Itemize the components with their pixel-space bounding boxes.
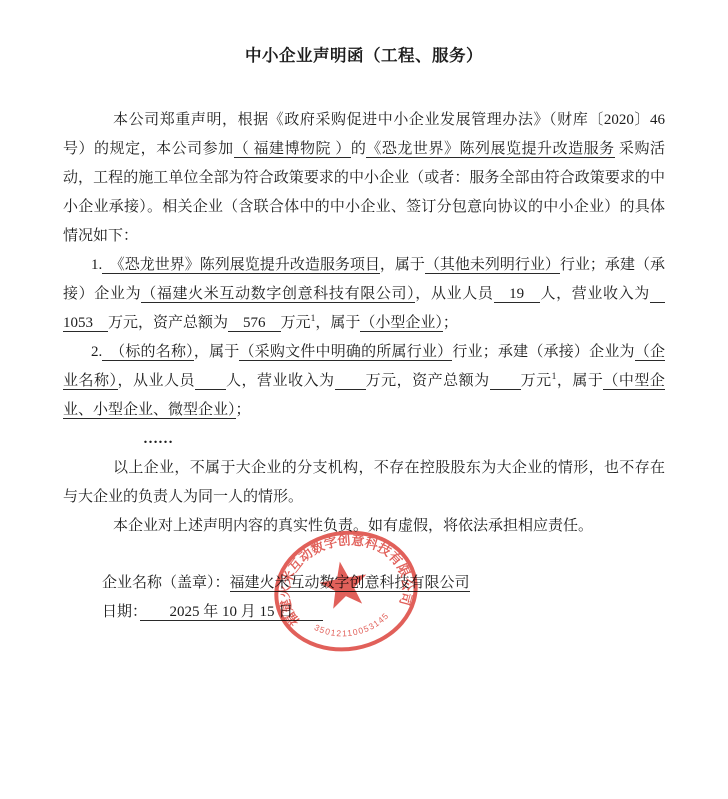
text-run: 万元 xyxy=(281,315,311,331)
text-run: 人，营业收入为 xyxy=(226,373,335,389)
declaration-document-page: 中小企业声明函（工程、服务） 本公司郑重声明，根据《政府采购促进中小企业发展管理… xyxy=(0,0,728,799)
document-content: 中小企业声明函（工程、服务） 本公司郑重声明，根据《政府采购促进中小企业发展管理… xyxy=(0,0,728,627)
signature-company-line: 企业名称（盖章）：福建火米互动数字创意科技有限公司 xyxy=(102,569,665,598)
text-run: 万元，资产总额为 xyxy=(108,315,228,331)
text-run: ，属于 xyxy=(315,315,360,331)
document-body: 本公司郑重声明，根据《政府采购促进中小企业发展管理办法》（财库〔2020〕46号… xyxy=(63,106,665,541)
paragraph-no-affiliation: 以上企业，不属于大企业的分支机构，不存在控股股东为大企业的情形，也不存在与大企业… xyxy=(63,454,665,512)
signature-block: 企业名称（盖章）：福建火米互动数字创意科技有限公司 日期： 2025 年 10 … xyxy=(63,569,665,627)
filled-blank: 19 xyxy=(494,286,541,303)
text-run: 人，营业收入为 xyxy=(540,286,650,302)
text-run: ，从业人员 xyxy=(415,286,493,302)
filled-blank: 《恐龙世界》陈列展览提升改造服务项目 xyxy=(102,257,380,274)
text-run: 1. xyxy=(91,257,102,273)
text-run: 万元 xyxy=(521,373,552,389)
filled-blank: 福建火米互动数字创意科技有限公司 xyxy=(230,575,470,592)
filled-blank xyxy=(490,373,521,390)
text-run: ，属于 xyxy=(380,257,425,273)
filled-blank: （ 福建博物院 ） xyxy=(234,141,351,158)
filled-blank: （小型企业） xyxy=(360,315,443,332)
filled-blank: （采购文件中明确的所属行业） xyxy=(239,344,452,361)
text-run: ，属于 xyxy=(556,373,603,389)
paragraph-ellipsis: …… xyxy=(63,425,665,454)
text-run: 的 xyxy=(351,141,367,157)
signature-date-line: 日期： 2025 年 10 月 15 日 xyxy=(102,598,665,627)
text-run: 行业；承建（承接）企业为 xyxy=(452,344,634,360)
paragraph-responsibility: 本企业对上述声明内容的真实性负责。如有虚假，将依法承担相应责任。 xyxy=(63,512,665,541)
filled-blank: （标的名称） xyxy=(102,344,194,361)
text-run: …… xyxy=(143,431,173,447)
filled-blank: （福建火米互动数字创意科技有限公司） xyxy=(141,286,415,303)
paragraph-item-2: 2. （标的名称），属于（采购文件中明确的所属行业）行业；承建（承接）企业为（企… xyxy=(63,338,665,425)
text-run: 本企业对上述声明内容的真实性负责。如有虚假，将依法承担相应责任。 xyxy=(113,518,593,534)
text-run: 以上企业，不属于大企业的分支机构，不存在控股股东为大企业的情形，也不存在与大企业… xyxy=(63,460,665,505)
paragraph-item-1: 1. 《恐龙世界》陈列展览提升改造服务项目，属于（其他未列明行业）行业；承建（承… xyxy=(63,251,665,338)
text-run: ； xyxy=(236,402,251,418)
text-run: ，属于 xyxy=(194,344,240,360)
filled-blank xyxy=(335,373,366,390)
document-title: 中小企业声明函（工程、服务） xyxy=(63,44,665,68)
text-run: 2. xyxy=(91,344,102,360)
text-run: 万元，资产总额为 xyxy=(366,373,490,389)
text-run: ； xyxy=(443,315,458,331)
filled-blank xyxy=(195,373,226,390)
filled-blank: 《恐龙世界》陈列展览提升改造服务 xyxy=(366,141,614,158)
paragraph-intro: 本公司郑重声明，根据《政府采购促进中小企业发展管理办法》（财库〔2020〕46号… xyxy=(63,106,665,251)
filled-blank: （其他未列明行业） xyxy=(425,257,560,274)
text-run: 企业名称（盖章）： xyxy=(102,575,230,591)
filled-blank: 576 xyxy=(228,315,281,332)
text-run: 日期： xyxy=(102,604,140,620)
text-run: ，从业人员 xyxy=(118,373,196,389)
filled-blank: 2025 年 10 月 15 日 xyxy=(140,604,324,621)
